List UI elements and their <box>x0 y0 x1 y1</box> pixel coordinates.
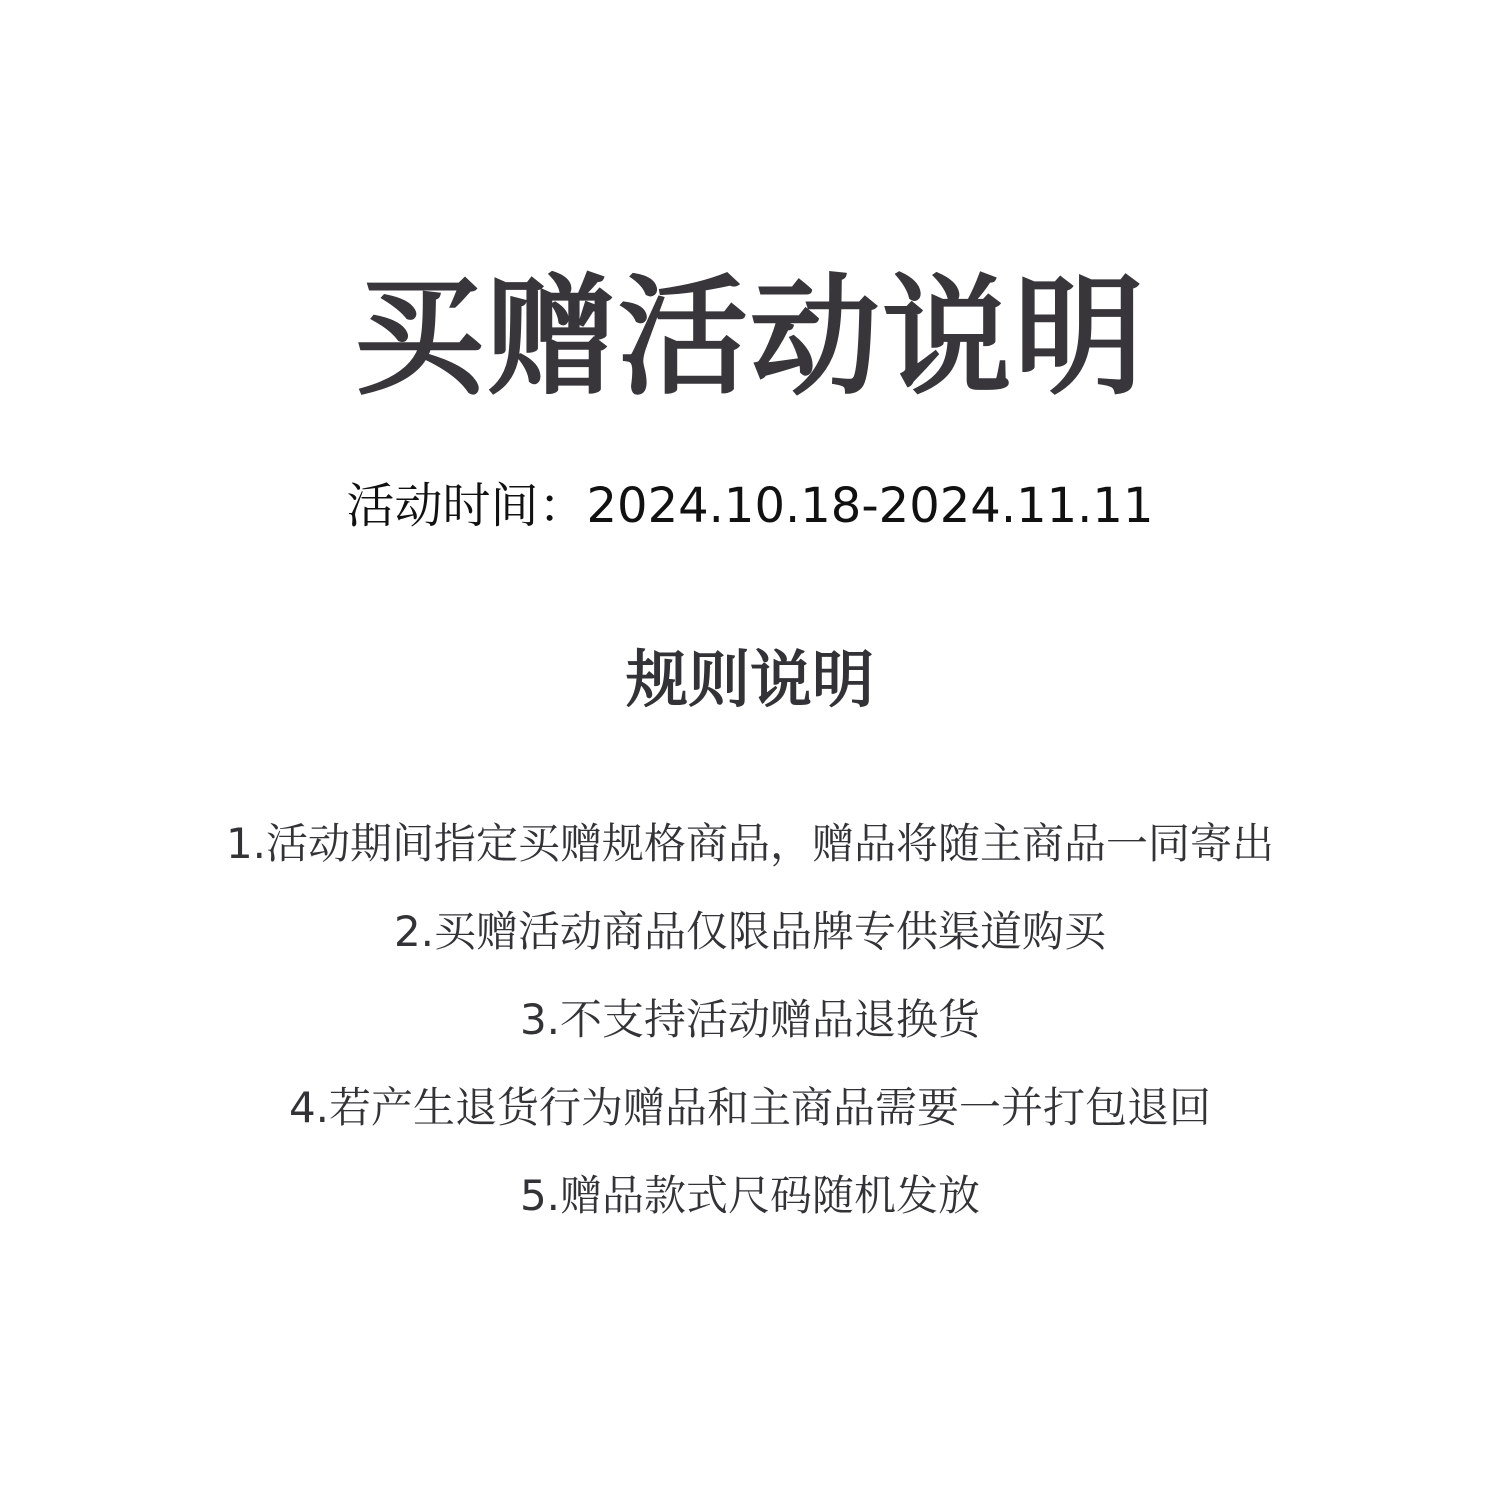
activity-time-label: 活动时间： <box>347 478 587 534</box>
rules-list: 1.活动期间指定买赠规格商品，赠品将随主商品一同寄出 2.买赠活动商品仅限品牌专… <box>0 812 1500 1252</box>
rule-item: 2.买赠活动商品仅限品牌专供渠道购买 <box>0 900 1500 988</box>
rule-item: 1.活动期间指定买赠规格商品，赠品将随主商品一同寄出 <box>0 812 1500 900</box>
activity-time: 活动时间：2024.10.18-2024.11.11 <box>0 476 1500 536</box>
page-title: 买赠活动说明 <box>0 262 1500 412</box>
rule-item: 5.赠品款式尺码随机发放 <box>0 1164 1500 1252</box>
activity-time-range: 2024.10.18-2024.11.11 <box>587 478 1154 534</box>
rules-heading: 规则说明 <box>0 643 1500 717</box>
rule-item: 4.若产生退货行为赠品和主商品需要一并打包退回 <box>0 1076 1500 1164</box>
rule-item: 3.不支持活动赠品退换货 <box>0 988 1500 1076</box>
